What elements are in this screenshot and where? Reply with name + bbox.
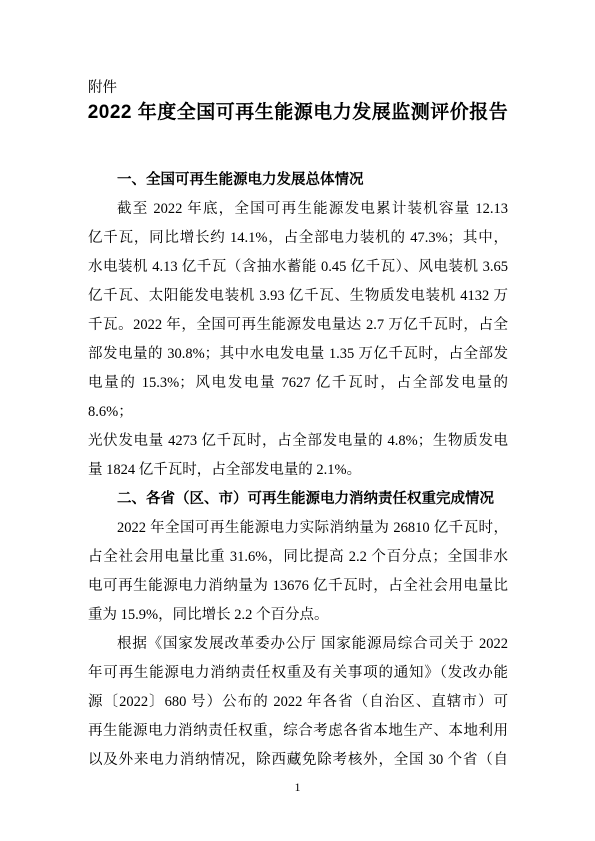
page-number: 1 (0, 779, 595, 795)
paragraph-line: 千瓦。2022 年，全国可再生能源发电量达 2.7 万亿千瓦时，占全 (88, 311, 508, 340)
paragraph-line: 截至 2022 年底，全国可再生能源发电累计装机容量 12.13 (88, 195, 508, 224)
paragraph-line: 重为 15.9%，同比增长 2.2 个百分点。 (88, 601, 508, 630)
paragraph-line: 根据《国家发展改革委办公厅 国家能源局综合司关于 2022 (88, 630, 508, 659)
document-page: 附件 2022 年度全国可再生能源电力发展监测评价报告 一、全国可再生能源电力发… (0, 0, 595, 841)
attachment-label: 附件 (88, 80, 117, 97)
paragraph-line: 水电装机 4.13 亿千瓦（含抽水蓄能 0.45 亿千瓦）、风电装机 3.65 (88, 253, 508, 282)
paragraph-line: 电量的 15.3%；风电发电量 7627 亿千瓦时，占全部发电量的 8.6%； (88, 369, 508, 427)
paragraph-line: 年可再生能源电力消纳责任权重及有关事项的通知》（发改办能 (88, 659, 508, 688)
paragraph-line: 电可再生能源电力消纳量为 13676 亿千瓦时，占全社会用电量比 (88, 572, 508, 601)
paragraph-line: 光伏发电量 4273 亿千瓦时，占全部发电量的 4.8%；生物质发电 (88, 427, 508, 456)
paragraph-line: 再生能源电力消纳责任权重，综合考虑各省本地生产、本地利用 (88, 717, 508, 746)
paragraph-line: 亿千瓦，同比增长约 14.1%，占全部电力装机的 47.3%；其中， (88, 224, 508, 253)
document-body: 一、全国可再生能源电力发展总体情况截至 2022 年底，全国可再生能源发电累计装… (88, 166, 508, 775)
paragraph-line: 部发电量的 30.8%；其中水电发电量 1.35 万亿千瓦时，占全部发 (88, 340, 508, 369)
section-heading: 一、全国可再生能源电力发展总体情况 (88, 166, 508, 195)
page-title: 2022 年度全国可再生能源电力发展监测评价报告 (80, 99, 516, 126)
paragraph-line: 以及外来电力消纳情况，除西藏免除考核外，全国 30 个省（自 (88, 746, 508, 775)
paragraph-line: 占全社会用电量比重 31.6%，同比提高 2.2 个百分点；全国非水 (88, 543, 508, 572)
paragraph-line: 量 1824 亿千瓦时，占全部发电量的 2.1%。 (88, 456, 508, 485)
section-heading: 二、各省（区、市）可再生能源电力消纳责任权重完成情况 (88, 485, 508, 514)
paragraph-line: 2022 年全国可再生能源电力实际消纳量为 26810 亿千瓦时， (88, 514, 508, 543)
paragraph-line: 源〔2022〕680 号）公布的 2022 年各省（自治区、直辖市）可 (88, 688, 508, 717)
paragraph-line: 亿千瓦、太阳能发电装机 3.93 亿千瓦、生物质发电装机 4132 万 (88, 282, 508, 311)
